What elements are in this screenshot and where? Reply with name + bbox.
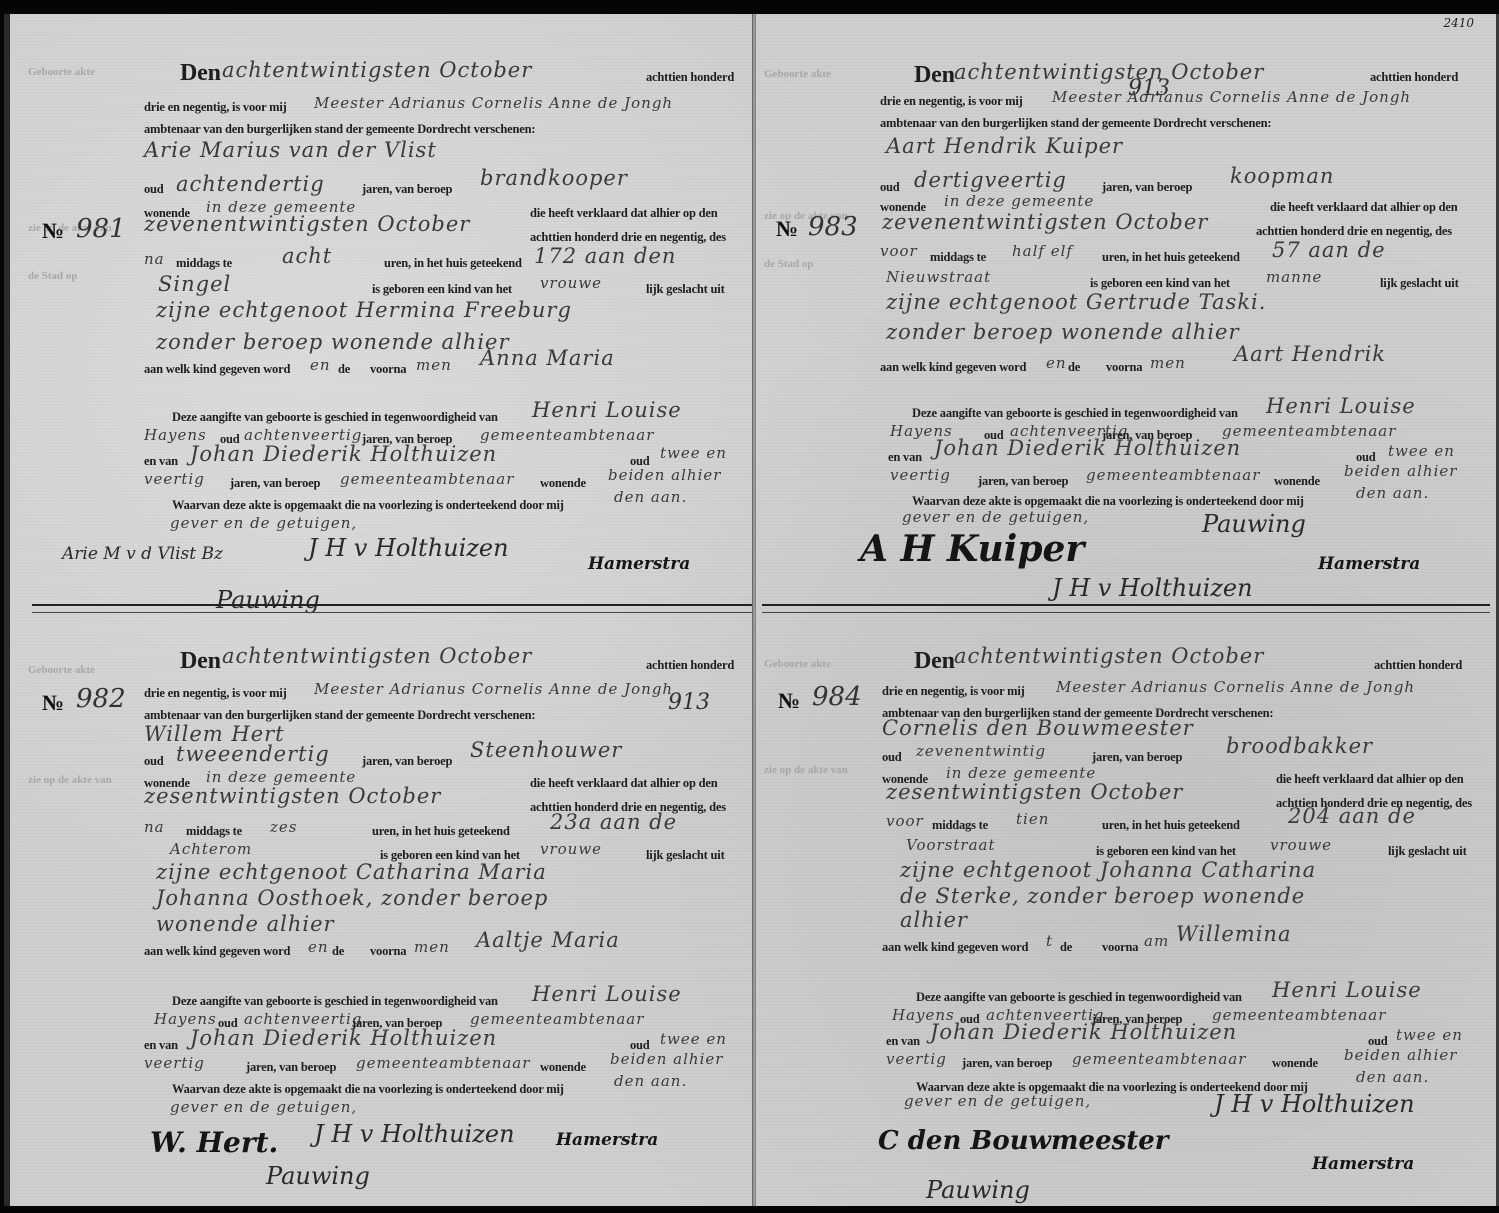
witness1-occupation: gemeenteambtenaar — [1212, 1006, 1386, 1024]
printed-text: de — [332, 944, 344, 959]
child-sex: vrouwe — [1270, 836, 1332, 854]
printed-text: achttien honderd — [1374, 658, 1462, 673]
word-suffix: en — [1046, 354, 1067, 372]
printed-text: lijk geslacht uit — [646, 282, 725, 297]
mother-line: zijne echtgenoot Hermina Freeburg — [156, 298, 572, 322]
printed-text: aan welk kind gegeven word — [880, 360, 1026, 375]
declarant-name: Cornelis den Bouwmeester — [882, 716, 1194, 740]
printed-text: is geboren een kind van het — [372, 282, 512, 297]
word-suffix: en — [310, 356, 331, 374]
signature-official: Hamerstra — [1312, 1154, 1414, 1174]
child-name: Anna Maria — [480, 346, 615, 370]
printed-text: die heeft verklaard dat alhier op den — [1270, 200, 1458, 215]
witness2-name: Johan Diederik Holthuizen — [190, 442, 497, 466]
margin-ghost-text: de Stad op — [28, 270, 78, 282]
printed-text: Deze aangifte van geboorte is geschied i… — [916, 990, 1242, 1005]
printed-text: Deze aangifte van geboorte is geschied i… — [912, 406, 1238, 421]
daypart: voor — [886, 812, 924, 830]
printed-text: uren, in het huis geteekend — [384, 256, 522, 271]
printed-text: de — [338, 362, 350, 377]
margin-ghost-text: de Stad op — [764, 258, 814, 270]
registration-date: achtentwintigsten October — [954, 644, 1264, 668]
margin-ghost-text: Geboorte akte — [764, 68, 831, 80]
signature-official: Hamerstra — [588, 554, 690, 574]
witness2-name: Johan Diederik Holthuizen — [930, 1020, 1237, 1044]
declarant-occupation: Steenhouwer — [470, 738, 622, 762]
printed-text: en van — [886, 1034, 920, 1049]
printed-text: oud — [882, 750, 902, 765]
birth-street: Nieuwstraat — [886, 268, 991, 286]
printed-text: oud — [880, 180, 900, 195]
closing-text: gever en de getuigen, — [170, 1098, 357, 1116]
signature-witness: J H v Holthuizen — [308, 534, 509, 562]
printed-text: aan welk kind gegeven word — [144, 362, 290, 377]
printed-text: drie en negentig, is voor mij — [880, 94, 1023, 109]
margin-ghost-text: Geboorte akte — [28, 66, 95, 78]
printed-text: voorna — [1102, 940, 1138, 955]
witness2-name: Johan Diederik Holthuizen — [934, 436, 1241, 460]
witness2-occupation: gemeenteambtenaar — [356, 1054, 530, 1072]
child-sex: manne — [1266, 268, 1322, 286]
witness2-age-continued: veertig — [886, 1050, 947, 1068]
printed-text: jaren, van beroep — [362, 754, 452, 769]
printed-text: oud — [144, 754, 164, 769]
declarant-name: Aart Hendrik Kuiper — [886, 134, 1123, 158]
declarant-occupation: koopman — [1230, 164, 1334, 188]
declarant-occupation: brandkooper — [480, 166, 628, 190]
den-label: Den — [914, 62, 955, 88]
voorna-suffix: am — [1144, 932, 1169, 950]
witness2-age: twee en — [1388, 442, 1455, 460]
printed-text: de — [1068, 360, 1080, 375]
register-spread: 2410 Geboorte akte zie op de akte van de… — [4, 14, 1499, 1206]
mother-line: alhier — [900, 908, 968, 932]
mother-line: de Sterke, zonder beroep wonende — [900, 884, 1305, 908]
printed-text: achttien honderd — [646, 658, 734, 673]
declarant-name: Arie Marius van der Vlist — [144, 138, 437, 162]
record-number-label: № — [42, 690, 64, 716]
witnesses-residence-continued: den aan. — [1356, 484, 1429, 502]
printed-text: ambtenaar van den burgerlijken stand der… — [880, 116, 1271, 131]
den-label: Den — [180, 648, 221, 674]
printed-text: die heeft verklaard dat alhier op den — [530, 776, 718, 791]
signature-official: Hamerstra — [1318, 554, 1420, 574]
official-name: Meester Adrianus Cornelis Anne de Jongh — [1056, 678, 1415, 696]
closing-text: gever en de getuigen, — [904, 1092, 1091, 1110]
daypart: na — [144, 250, 165, 268]
record-number: 983 — [808, 212, 858, 242]
birth-house: 57 aan de — [1272, 238, 1386, 262]
birth-house: 23a aan de — [550, 810, 677, 834]
printed-text: is geboren een kind van het — [1090, 276, 1230, 291]
printed-text: wonende — [540, 476, 586, 491]
voorna-suffix: men — [1150, 354, 1186, 372]
printed-text: wonende — [540, 1060, 586, 1075]
signature-witness: J H v Holthuizen — [1052, 574, 1253, 602]
printed-text: achttien honderd drie en negentig, des — [1256, 224, 1452, 239]
birth-street: Singel — [158, 272, 231, 296]
printed-text: ambtenaar van den burgerlijken stand der… — [144, 708, 535, 723]
declarant-age: dertigveertig — [914, 168, 1067, 192]
printed-text: en van — [888, 450, 922, 465]
margin-ghost-text: zie op de akte van — [764, 764, 848, 776]
witness2-occupation: gemeenteambtenaar — [1086, 466, 1260, 484]
printed-text: middags te — [930, 250, 986, 265]
witnesses-residence: beiden alhier — [1344, 462, 1457, 480]
printed-text: wonende — [1272, 1056, 1318, 1071]
voorna-suffix: men — [416, 356, 452, 374]
printed-text: voorna — [370, 944, 406, 959]
birth-hour: tien — [1016, 810, 1049, 828]
declarant-age: achtendertig — [176, 172, 325, 196]
printed-text: drie en negentig, is voor mij — [144, 100, 287, 115]
signature-declarant: Arie M v d Vlist Bz — [62, 544, 223, 564]
birth-record-981: Geboorte akte zie op de akte van de Stad… — [10, 14, 752, 604]
closing-text: gever en de getuigen, — [902, 508, 1089, 526]
record-number: 982 — [76, 684, 126, 714]
mother-line: zijne echtgenoot Catharina Maria — [156, 860, 547, 884]
child-sex: vrouwe — [540, 840, 602, 858]
word-suffix: t — [1046, 932, 1053, 950]
entry-divider — [762, 604, 1490, 613]
printed-text: Deze aangifte van geboorte is geschied i… — [172, 994, 498, 1009]
mother-line: Johanna Oosthoek, zonder beroep — [156, 886, 548, 910]
official-name: Meester Adrianus Cornelis Anne de Jongh — [314, 680, 673, 698]
printed-text: jaren, van beroep — [978, 474, 1068, 489]
mother-line: zijne echtgenoot Johanna Catharina — [900, 858, 1316, 882]
printed-text: Waarvan deze akte is opgemaakt die na vo… — [912, 494, 1304, 509]
printed-text: middags te — [176, 256, 232, 271]
printed-text: Waarvan deze akte is opgemaakt die na vo… — [172, 1082, 564, 1097]
mother-line: wonende alhier — [156, 912, 335, 936]
printed-text: uren, in het huis geteekend — [1102, 818, 1240, 833]
registration-date: achtentwintigsten October — [954, 60, 1264, 84]
printed-text: drie en negentig, is voor mij — [882, 684, 1025, 699]
printed-text: middags te — [932, 818, 988, 833]
birth-house: 172 aan den — [534, 244, 676, 268]
child-name: Willemina — [1176, 922, 1291, 946]
printed-text: de — [1060, 940, 1072, 955]
printed-text: Waarvan deze akte is opgemaakt die na vo… — [172, 498, 564, 513]
word-suffix: en — [308, 938, 329, 956]
printed-text: jaren, van beroep — [1092, 750, 1182, 765]
margin-mark: 913 — [668, 690, 710, 715]
entry-divider — [32, 604, 752, 613]
birth-street: Voorstraat — [906, 836, 996, 854]
mother-line: zijne echtgenoot Gertrude Taski. — [886, 290, 1266, 314]
printed-text: lijk geslacht uit — [1388, 844, 1467, 859]
closing-text: gever en de getuigen, — [170, 514, 357, 532]
birth-date: zesentwintigsten October — [886, 780, 1183, 804]
mother-line: zonder beroep wonende alhier — [886, 320, 1240, 344]
witness2-age-continued: veertig — [144, 1054, 205, 1072]
registration-date: achtentwintigsten October — [222, 58, 532, 82]
record-number: 981 — [76, 214, 126, 244]
declarant-age: zevenentwintig — [916, 742, 1046, 760]
printed-text: wonende — [1274, 474, 1320, 489]
birth-hour: half elf — [1012, 242, 1073, 260]
right-page: 913 Geboorte akte zie op de akte van de … — [756, 14, 1496, 1206]
margin-ghost-text: Geboorte akte — [28, 664, 95, 676]
den-label: Den — [180, 60, 221, 86]
witnesses-residence-continued: den aan. — [1356, 1068, 1429, 1086]
printed-text: aan welk kind gegeven word — [882, 940, 1028, 955]
printed-text: aan welk kind gegeven word — [144, 944, 290, 959]
signature-witness: Pauwing — [266, 1162, 370, 1190]
witnesses-residence-continued: den aan. — [614, 1072, 687, 1090]
witness2-age: twee en — [660, 444, 727, 462]
printed-text: en van — [144, 454, 178, 469]
birth-house: 204 aan de — [1288, 804, 1416, 828]
birth-date: zesentwintigsten October — [144, 784, 441, 808]
record-number-label: № — [776, 216, 798, 242]
printed-text: die heeft verklaard dat alhier op den — [1276, 772, 1464, 787]
signature-official: Hamerstra — [556, 1130, 658, 1150]
registration-date: achtentwintigsten October — [222, 644, 532, 668]
printed-text: jaren, van beroep — [246, 1060, 336, 1075]
printed-text: voorna — [1106, 360, 1142, 375]
witnesses-residence: beiden alhier — [610, 1050, 723, 1068]
witness2-age-continued: veertig — [144, 470, 205, 488]
printed-text: en van — [144, 1038, 178, 1053]
witness2-age: twee en — [1396, 1026, 1463, 1044]
signature-declarant: W. Hert. — [150, 1126, 278, 1159]
witnesses-residence: beiden alhier — [608, 466, 721, 484]
birth-record-984: Geboorte akte zie op de akte van Den ach… — [756, 614, 1496, 1204]
margin-ghost-text: Geboorte akte — [764, 658, 831, 670]
printed-text: achttien honderd — [1370, 70, 1458, 85]
signature-witness: J H v Holthuizen — [1214, 1090, 1415, 1118]
den-label: Den — [914, 648, 955, 674]
daypart: na — [144, 818, 165, 836]
voorna-suffix: men — [414, 938, 450, 956]
official-name: Meester Adrianus Cornelis Anne de Jongh — [314, 94, 673, 112]
witness2-age: twee en — [660, 1030, 727, 1048]
birth-hour: acht — [282, 244, 332, 268]
printed-text: Deze aangifte van geboorte is geschied i… — [172, 410, 498, 425]
printed-text: jaren, van beroep — [962, 1056, 1052, 1071]
witness2-occupation: gemeenteambtenaar — [340, 470, 514, 488]
witness1-occupation: gemeenteambtenaar — [480, 426, 654, 444]
birth-record-983: Geboorte akte zie op de akte van de Stad… — [756, 14, 1496, 604]
printed-text: drie en negentig, is voor mij — [144, 686, 287, 701]
birth-street: Achterom — [170, 840, 252, 858]
birth-date: zevenentwintigsten October — [144, 212, 470, 236]
left-page: Geboorte akte zie op de akte van de Stad… — [10, 14, 755, 1206]
printed-text: uren, in het huis geteekend — [1102, 250, 1240, 265]
printed-text: is geboren een kind van het — [1096, 844, 1236, 859]
record-number-label: № — [778, 688, 800, 714]
witness2-occupation: gemeenteambtenaar — [1072, 1050, 1246, 1068]
signature-witness: Pauwing — [1202, 510, 1306, 538]
birth-date: zevenentwintigsten October — [882, 210, 1208, 234]
witness1-name: Henri Louise — [1272, 978, 1422, 1002]
witness1-name: Henri Louise — [1266, 394, 1416, 418]
witness2-name: Johan Diederik Holthuizen — [190, 1026, 497, 1050]
official-name: Meester Adrianus Cornelis Anne de Jongh — [1052, 88, 1411, 106]
witnesses-residence: beiden alhier — [1344, 1046, 1457, 1064]
printed-text: jaren, van beroep — [230, 476, 320, 491]
witness1-name: Henri Louise — [532, 398, 682, 422]
printed-text: middags te — [186, 824, 242, 839]
signature-declarant: C den Bouwmeester — [878, 1126, 1169, 1156]
witness1-name: Henri Louise — [532, 982, 682, 1006]
printed-text: lijk geslacht uit — [1380, 276, 1459, 291]
margin-ghost-text: zie op de akte van — [28, 774, 112, 786]
witness2-age-continued: veertig — [890, 466, 951, 484]
witness1-occupation: gemeenteambtenaar — [1222, 422, 1396, 440]
printed-text: lijk geslacht uit — [646, 848, 725, 863]
printed-text: oud — [144, 182, 164, 197]
printed-text: achttien honderd drie en negentig, des — [530, 230, 726, 245]
record-number-label: № — [42, 218, 64, 244]
signature-witness: Pauwing — [926, 1176, 1030, 1204]
signature-witness: J H v Holthuizen — [314, 1120, 515, 1148]
child-name: Aart Hendrik — [1234, 342, 1386, 366]
mother-line: zonder beroep wonende alhier — [156, 330, 510, 354]
birth-record-982: Geboorte akte zie op de akte van Den ach… — [10, 614, 752, 1204]
witnesses-residence-continued: den aan. — [614, 488, 687, 506]
child-name: Aaltje Maria — [476, 928, 620, 952]
declarant-age: tweeendertig — [176, 742, 330, 766]
printed-text: voorna — [370, 362, 406, 377]
declarant-residence: in deze gemeente — [944, 192, 1094, 210]
declarant-occupation: broodbakker — [1226, 734, 1373, 758]
printed-text: die heeft verklaard dat alhier op den — [530, 206, 718, 221]
printed-text: jaren, van beroep — [362, 182, 452, 197]
printed-text: uren, in het huis geteekend — [372, 824, 510, 839]
record-number: 984 — [812, 682, 862, 712]
printed-text: jaren, van beroep — [1102, 180, 1192, 195]
signature-declarant: A H Kuiper — [860, 528, 1084, 570]
daypart: voor — [880, 242, 918, 260]
printed-text: achttien honderd — [646, 70, 734, 85]
child-sex: vrouwe — [540, 274, 602, 292]
birth-hour: zes — [270, 818, 297, 836]
printed-text: ambtenaar van den burgerlijken stand der… — [144, 122, 535, 137]
